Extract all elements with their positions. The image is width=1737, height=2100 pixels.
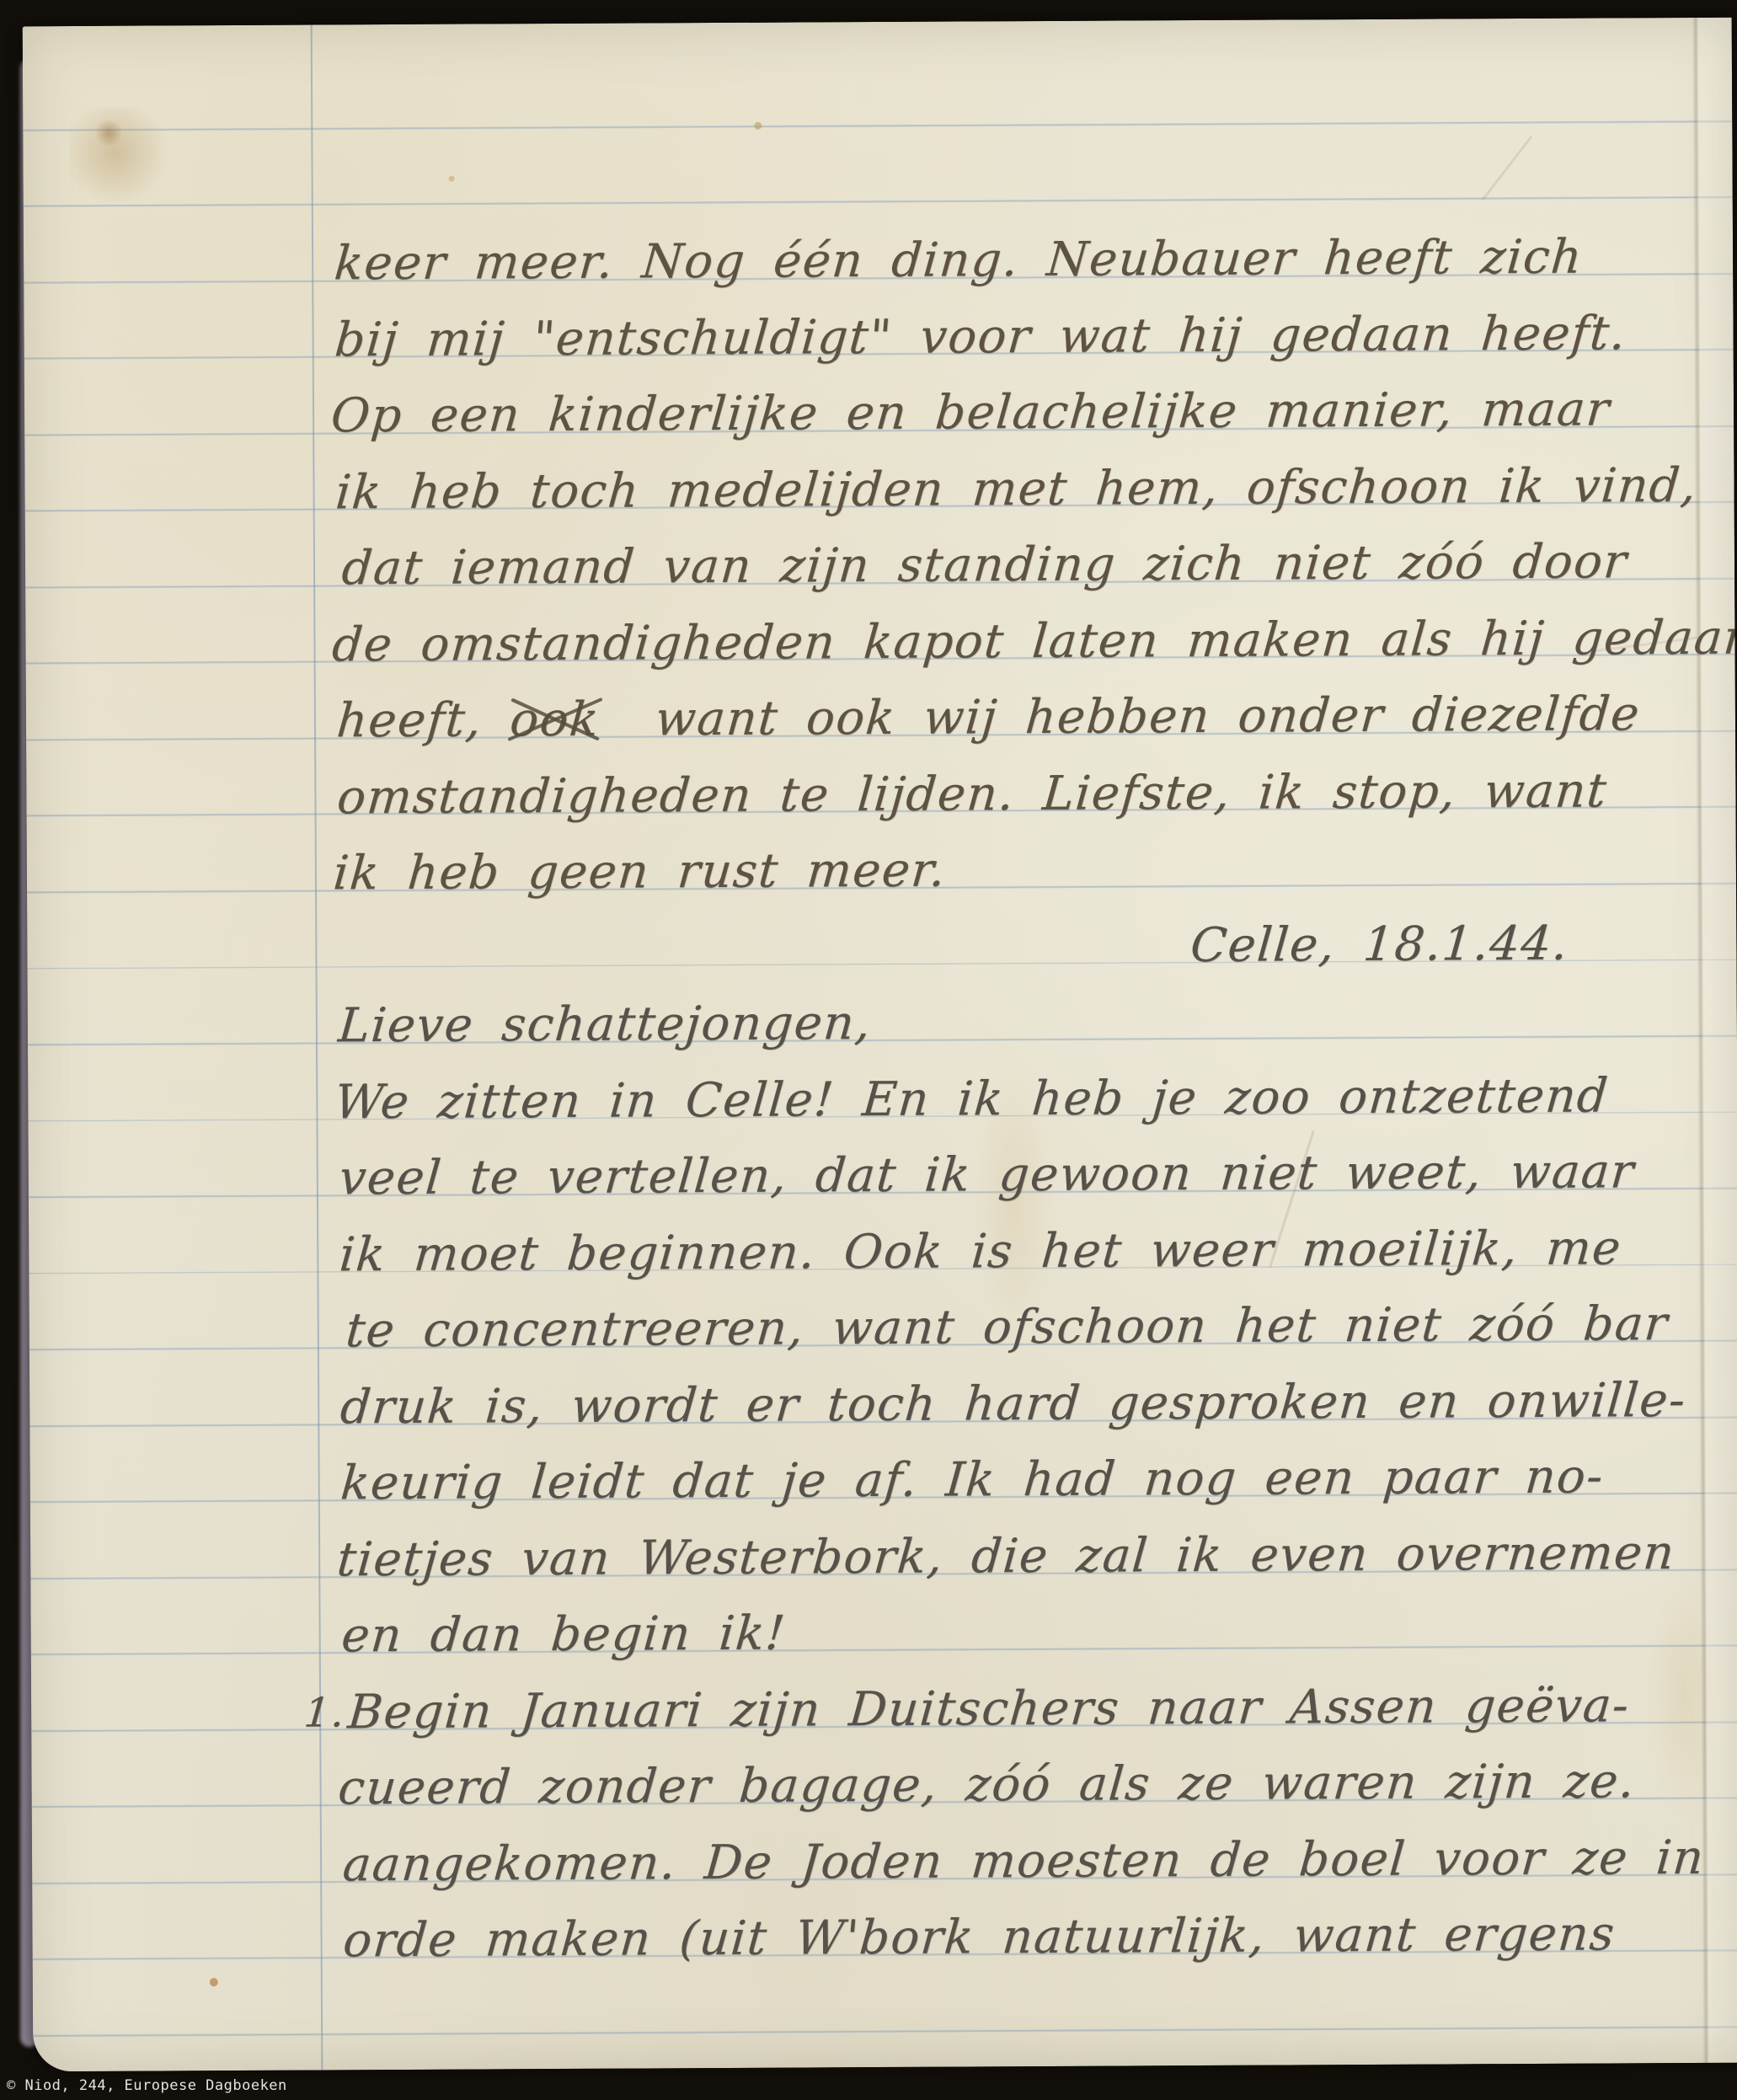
handwritten-line: en dan begin ik! — [338, 1591, 1716, 1675]
handwritten-line: druk is, wordt er toch hard gesproken en… — [337, 1362, 1715, 1445]
line-text: omstandigheden te lijden. Liefste, ik st… — [334, 753, 1611, 836]
handwritten-line: veel te vertellen, dat ik gewoon niet we… — [336, 1134, 1714, 1217]
handwritten-line: ik moet beginnen. Ook is het weer moeili… — [336, 1210, 1714, 1293]
handwritten-line: dat iemand van zijn standing zich niet z… — [339, 524, 1711, 607]
date-text: Celle, 18.1.44. — [1188, 906, 1572, 984]
line-text: ik heb geen rust meer. — [330, 833, 949, 912]
line-text: keer meer. Nog één ding. Neubauer heeft … — [331, 220, 1585, 302]
line-text: ik moet beginnen. Ook is het weer moeili… — [337, 1210, 1625, 1294]
handwritten-line: ik heb geen rust meer. — [330, 829, 1713, 912]
line-text: te concentreeren, want ofschoon het niet… — [343, 1286, 1671, 1370]
numbered-entry-line: 1. Begin Januari zijn Duitschers naar As… — [345, 1667, 1717, 1750]
line-text: de omstandigheden kapot laten maken als … — [329, 600, 1737, 683]
handwritten-line: keer meer. Nog één ding. Neubauer heeft … — [331, 219, 1709, 302]
handwritten-line: de omstandigheden kapot laten maken als … — [329, 600, 1711, 683]
line-text-post: want ook wij hebben onder diezelfde — [654, 687, 1643, 746]
line-text-pre: heeft, — [334, 692, 484, 748]
handwritten-line: cueerd zonder bagage, zóó als ze waren z… — [334, 1744, 1717, 1827]
handwritten-text: keer meer. Nog één ding. Neubauer heeft … — [331, 219, 1718, 1980]
line-text: dat iemand van zijn standing zich niet z… — [339, 524, 1630, 607]
line-text: bij mij "entschuldigt" voor wat hij geda… — [332, 296, 1630, 379]
salutation-text: Lieve schattejongen, — [335, 986, 874, 1065]
line-text: ik heb toch medelijden met hem, ofschoon… — [333, 447, 1700, 531]
line-text: tietjes van Westerbork, die zal ik even … — [334, 1515, 1678, 1599]
line-text: veel te vertellen, dat ik gewoon niet we… — [336, 1134, 1638, 1217]
line-text: heeft, ook want ook wij hebben onder die… — [334, 676, 1643, 760]
diary-page: keer meer. Nog één ding. Neubauer heeft … — [23, 18, 1737, 2072]
line-text: orde maken (uit W'bork natuurlijk, want … — [340, 1896, 1618, 1979]
handwritten-line: te concentreeren, want ofschoon het niet… — [343, 1286, 1715, 1370]
handwritten-line: ik heb toch medelijden met hem, ofschoon… — [332, 447, 1710, 531]
entry-number: 1. — [301, 1675, 348, 1751]
handwritten-line: omstandigheden te lijden. Liefste, ik st… — [334, 752, 1712, 836]
line-text: keurig leidt dat je af. Ik had nog een p… — [338, 1440, 1607, 1522]
handwritten-line: Op een kinderlijke en belachelijke manie… — [328, 371, 1710, 455]
handwritten-line: aangekomen. De Joden moesten de boel voo… — [339, 1819, 1718, 1903]
line-text: aangekomen. De Joden moesten de boel voo… — [339, 1819, 1708, 1903]
struck-word: ook — [507, 682, 602, 759]
line-text: We zitten in Celle! En ik heb je zoo ont… — [332, 1058, 1612, 1141]
handwritten-line: We zitten in Celle! En ik heb je zoo ont… — [331, 1057, 1713, 1141]
handwritten-line: tietjes van Westerbork, die zal ik even … — [334, 1515, 1716, 1598]
salutation-line: Lieve schattejongen, — [335, 981, 1713, 1065]
date-line: Celle, 18.1.44. — [340, 905, 1713, 988]
line-text: druk is, wordt er toch hard gesproken en… — [337, 1362, 1689, 1445]
line-text: en dan begin ik! — [339, 1596, 789, 1675]
handwritten-line: bij mij "entschuldigt" voor wat hij geda… — [331, 295, 1709, 378]
line-text: Begin Januari zijn Duitschers naar Assen… — [345, 1668, 1633, 1751]
handwritten-line: keurig leidt dat je af. Ik had nog een p… — [337, 1439, 1715, 1522]
handwritten-line-with-strikethrough: heeft, ook want ook wij hebben onder die… — [334, 676, 1712, 760]
line-text: cueerd zonder bagage, zóó als ze waren z… — [335, 1744, 1638, 1827]
copyright-watermark: © Niod, 244, Europese Dagboeken — [7, 2077, 287, 2094]
handwritten-line: orde maken (uit W'bork natuurlijk, want … — [339, 1896, 1718, 1980]
line-text: Op een kinderlijke en belachelijke manie… — [328, 371, 1613, 454]
